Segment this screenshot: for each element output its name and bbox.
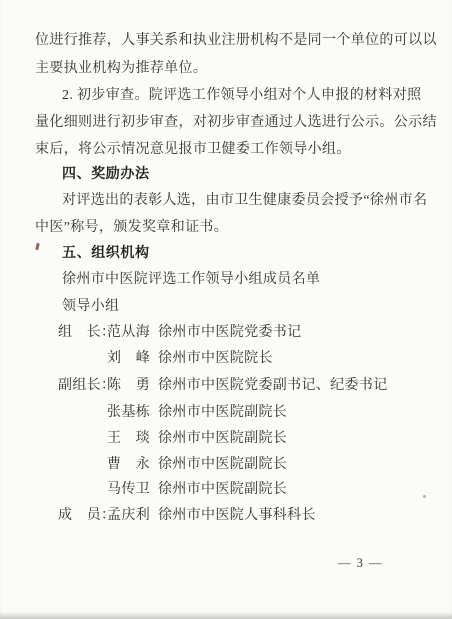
roster-title: 徐州市中医院党委书记 bbox=[158, 324, 302, 342]
roster-title: 徐州市中医院副院长 bbox=[158, 404, 287, 422]
roster-name: 范从海 bbox=[107, 324, 158, 342]
section-heading-awards: 四、奖励办法 bbox=[62, 165, 150, 183]
roster-title: 徐州市中医院院长 bbox=[158, 350, 273, 368]
roster-role: 副组长： bbox=[58, 377, 107, 395]
roster-title: 徐州市中医院副院长 bbox=[158, 430, 287, 448]
body-line: 量化细则进行初步审查，对初步审查通过人选进行公示。公示结 bbox=[35, 114, 437, 132]
roster-name: 王 琰 bbox=[107, 430, 158, 448]
page-bottom-edge bbox=[0, 612, 452, 619]
roster-subtitle-line: 领导小组 bbox=[62, 298, 119, 316]
roster-role bbox=[58, 404, 107, 422]
body-line: 2. 初步审查。院评选工作领导小组对个人申报的材料对照 bbox=[62, 87, 421, 105]
roster-name: 曹 永 bbox=[107, 456, 158, 474]
roster-title: 徐州市中医院党委副书记、纪委书记 bbox=[158, 377, 388, 395]
roster-title: 徐州市中医院人事科科长 bbox=[158, 507, 316, 525]
roster-name: 张基栋 bbox=[107, 404, 158, 422]
roster-role bbox=[58, 350, 107, 368]
scan-speck bbox=[423, 495, 426, 498]
roster-role bbox=[58, 481, 107, 499]
roster-row: 副组长： 陈 勇 徐州市中医院党委副书记、纪委书记 bbox=[58, 377, 388, 395]
roster-role bbox=[58, 430, 107, 448]
body-line: 中医”称号，颁发奖章和证书。 bbox=[35, 219, 228, 237]
document-page: 位进行推荐，人事关系和执业注册机构不是同一个单位的可以以 主要执业机构为推荐单位… bbox=[0, 0, 452, 619]
roster-name: 马传卫 bbox=[107, 481, 158, 499]
roster-role: 成 员： bbox=[58, 507, 107, 525]
roster-role bbox=[58, 456, 107, 474]
roster-row: 曹 永 徐州市中医院副院长 bbox=[58, 456, 287, 474]
roster-row: 张基栋 徐州市中医院副院长 bbox=[58, 404, 287, 422]
roster-row: 成 员： 孟庆利 徐州市中医院人事科科长 bbox=[58, 507, 316, 525]
roster-name: 刘 峰 bbox=[107, 350, 158, 368]
roster-row: 马传卫 徐州市中医院副院长 bbox=[58, 481, 287, 499]
roster-title: 徐州市中医院副院长 bbox=[158, 481, 287, 499]
body-line: 主要执业机构为推荐单位。 bbox=[35, 60, 207, 78]
pen-tick-mark bbox=[35, 243, 40, 251]
body-line: 束后，将公示情况意见报市卫健委工作领导小组。 bbox=[35, 141, 351, 159]
body-line: 位进行推荐，人事关系和执业注册机构不是同一个单位的可以以 bbox=[35, 32, 437, 50]
roster-name: 孟庆利 bbox=[107, 507, 158, 525]
roster-row: 组 长： 范从海 徐州市中医院党委书记 bbox=[58, 324, 302, 342]
page-number: — 3 — bbox=[338, 556, 383, 571]
roster-row: 王 琰 徐州市中医院副院长 bbox=[58, 430, 287, 448]
roster-name: 陈 勇 bbox=[107, 377, 158, 395]
section-heading-organization: 五、组织机构 bbox=[62, 244, 150, 262]
roster-title: 徐州市中医院副院长 bbox=[158, 456, 287, 474]
roster-title-line: 徐州市中医院评选工作领导小组成员名单 bbox=[62, 271, 320, 289]
body-line: 对评选出的表彰人选，由市卫生健康委员会授予“徐州市名 bbox=[62, 192, 427, 210]
roster-row: 刘 峰 徐州市中医院院长 bbox=[58, 350, 273, 368]
roster-role: 组 长： bbox=[58, 324, 107, 342]
